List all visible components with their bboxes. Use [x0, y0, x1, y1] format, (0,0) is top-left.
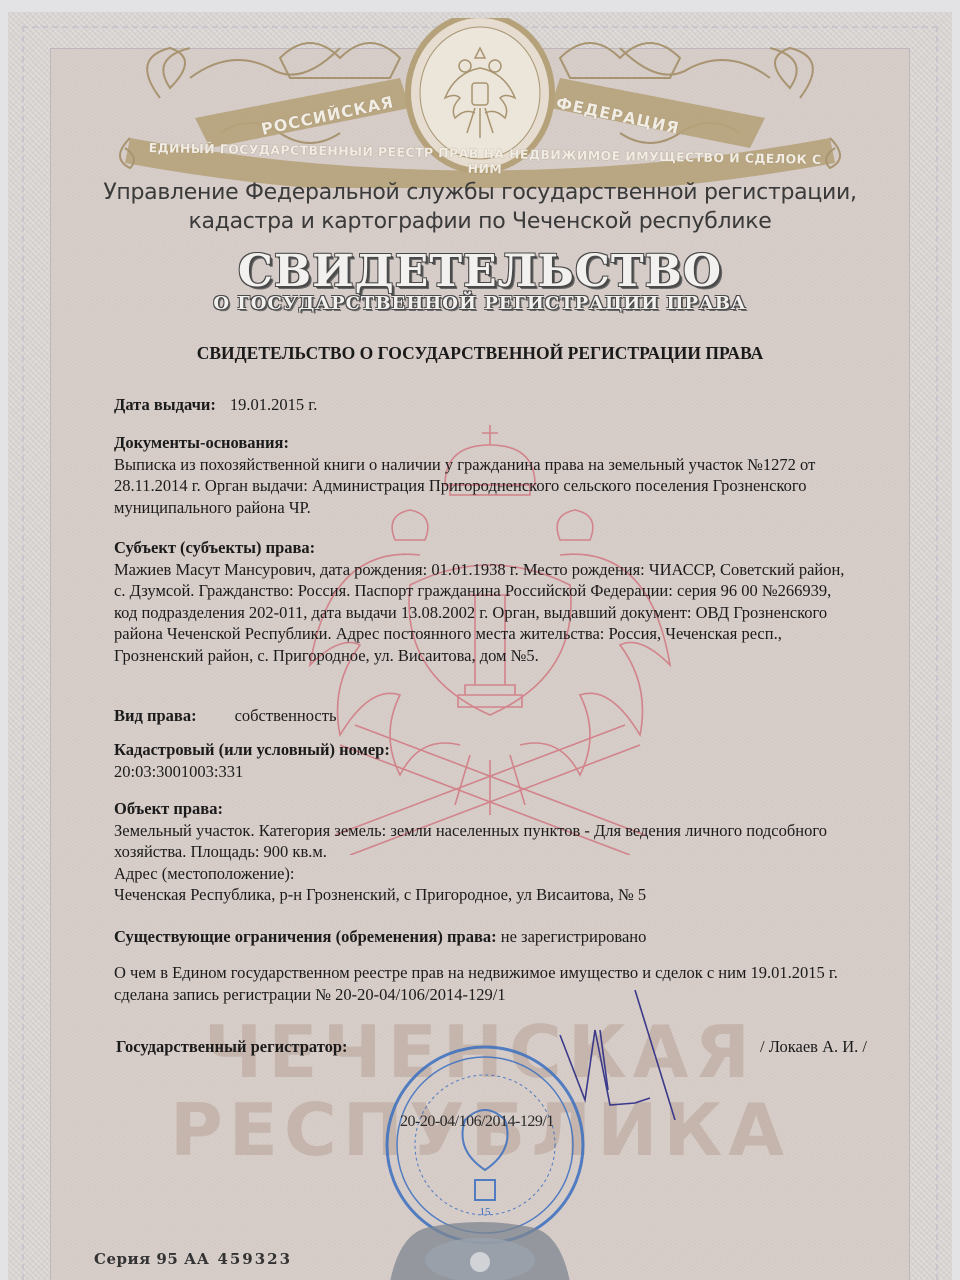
- field-right-type: Вид права:собственность: [114, 705, 854, 727]
- encumbrances-label: Существующие ограничения (обременения) п…: [114, 927, 497, 946]
- agency-line-1: Управление Федеральной службы государств…: [60, 178, 900, 207]
- field-basis-documents: Документы-основания: Выписка из похозяйс…: [114, 432, 854, 518]
- object-value: Земельный участок. Категория земель: зем…: [114, 820, 854, 863]
- issue-date-label: Дата выдачи:: [114, 395, 216, 414]
- series-label: Серия 95 АА: [94, 1250, 209, 1268]
- right-type-label: Вид права:: [114, 706, 197, 725]
- subjects-label: Субъект (субъекты) права:: [114, 537, 854, 559]
- field-cadastral-number: Кадастровый (или условный) номер: 20:03:…: [114, 739, 854, 782]
- double-headed-eagle-icon: [435, 38, 525, 148]
- header-emblem: РОССИЙСКАЯ ФЕДЕРАЦИЯ ЕДИНЫЙ ГОСУДАРСТВЕН…: [100, 18, 860, 178]
- right-type-value: собственность: [235, 706, 337, 725]
- basis-documents-value: Выписка из похозяйственной книги о налич…: [114, 454, 854, 519]
- cadastral-number-label: Кадастровый (или условный) номер:: [114, 739, 854, 761]
- cadastral-number-value: 20:03:3001003:331: [114, 761, 854, 783]
- field-encumbrances: Существующие ограничения (обременения) п…: [114, 926, 854, 948]
- registrar-name: / Локаев А. И. /: [760, 1037, 867, 1057]
- field-object: Объект права: Земельный участок. Категор…: [114, 798, 854, 906]
- registrar-label: Государственный регистратор:: [116, 1037, 348, 1057]
- object-address-label: Адрес (местоположение):: [114, 863, 854, 885]
- certificate-heading: СВИДЕТЕЛЬСТВО: [0, 246, 960, 297]
- series-serial: 459323: [217, 1250, 292, 1268]
- rosette-ornament: [380, 1212, 580, 1280]
- subjects-value: Мажиев Масут Мансурович, дата рождения: …: [114, 559, 854, 667]
- certificate-subheading: О ГОСУДАРСТВЕННОЙ РЕГИСТРАЦИИ ПРАВА: [0, 293, 960, 314]
- stamp-record-number: 20-20-04/106/2014-129/1: [400, 1113, 554, 1131]
- issue-date-value: 19.01.2015 г.: [230, 395, 317, 414]
- series-number: Серия 95 АА459323: [94, 1250, 292, 1268]
- signature-icon: [540, 990, 680, 1130]
- document-title: СВИДЕТЕЛЬСТВО О ГОСУДАРСТВЕННОЙ РЕГИСТРА…: [0, 343, 960, 364]
- agency-line-2: кадастра и картографии по Чеченской респ…: [60, 207, 900, 236]
- object-label: Объект права:: [114, 798, 854, 820]
- field-subjects: Субъект (субъекты) права: Мажиев Масут М…: [114, 537, 854, 666]
- registry-note: О чем в Едином государственном реестре п…: [114, 962, 859, 1005]
- basis-documents-label: Документы-основания:: [114, 432, 854, 454]
- object-address-value: Чеченская Республика, р-н Грозненский, с…: [114, 884, 854, 906]
- encumbrances-value: не зарегистрировано: [501, 927, 647, 946]
- issuing-agency: Управление Федеральной службы государств…: [60, 178, 900, 236]
- field-issue-date: Дата выдачи:19.01.2015 г.: [114, 394, 854, 416]
